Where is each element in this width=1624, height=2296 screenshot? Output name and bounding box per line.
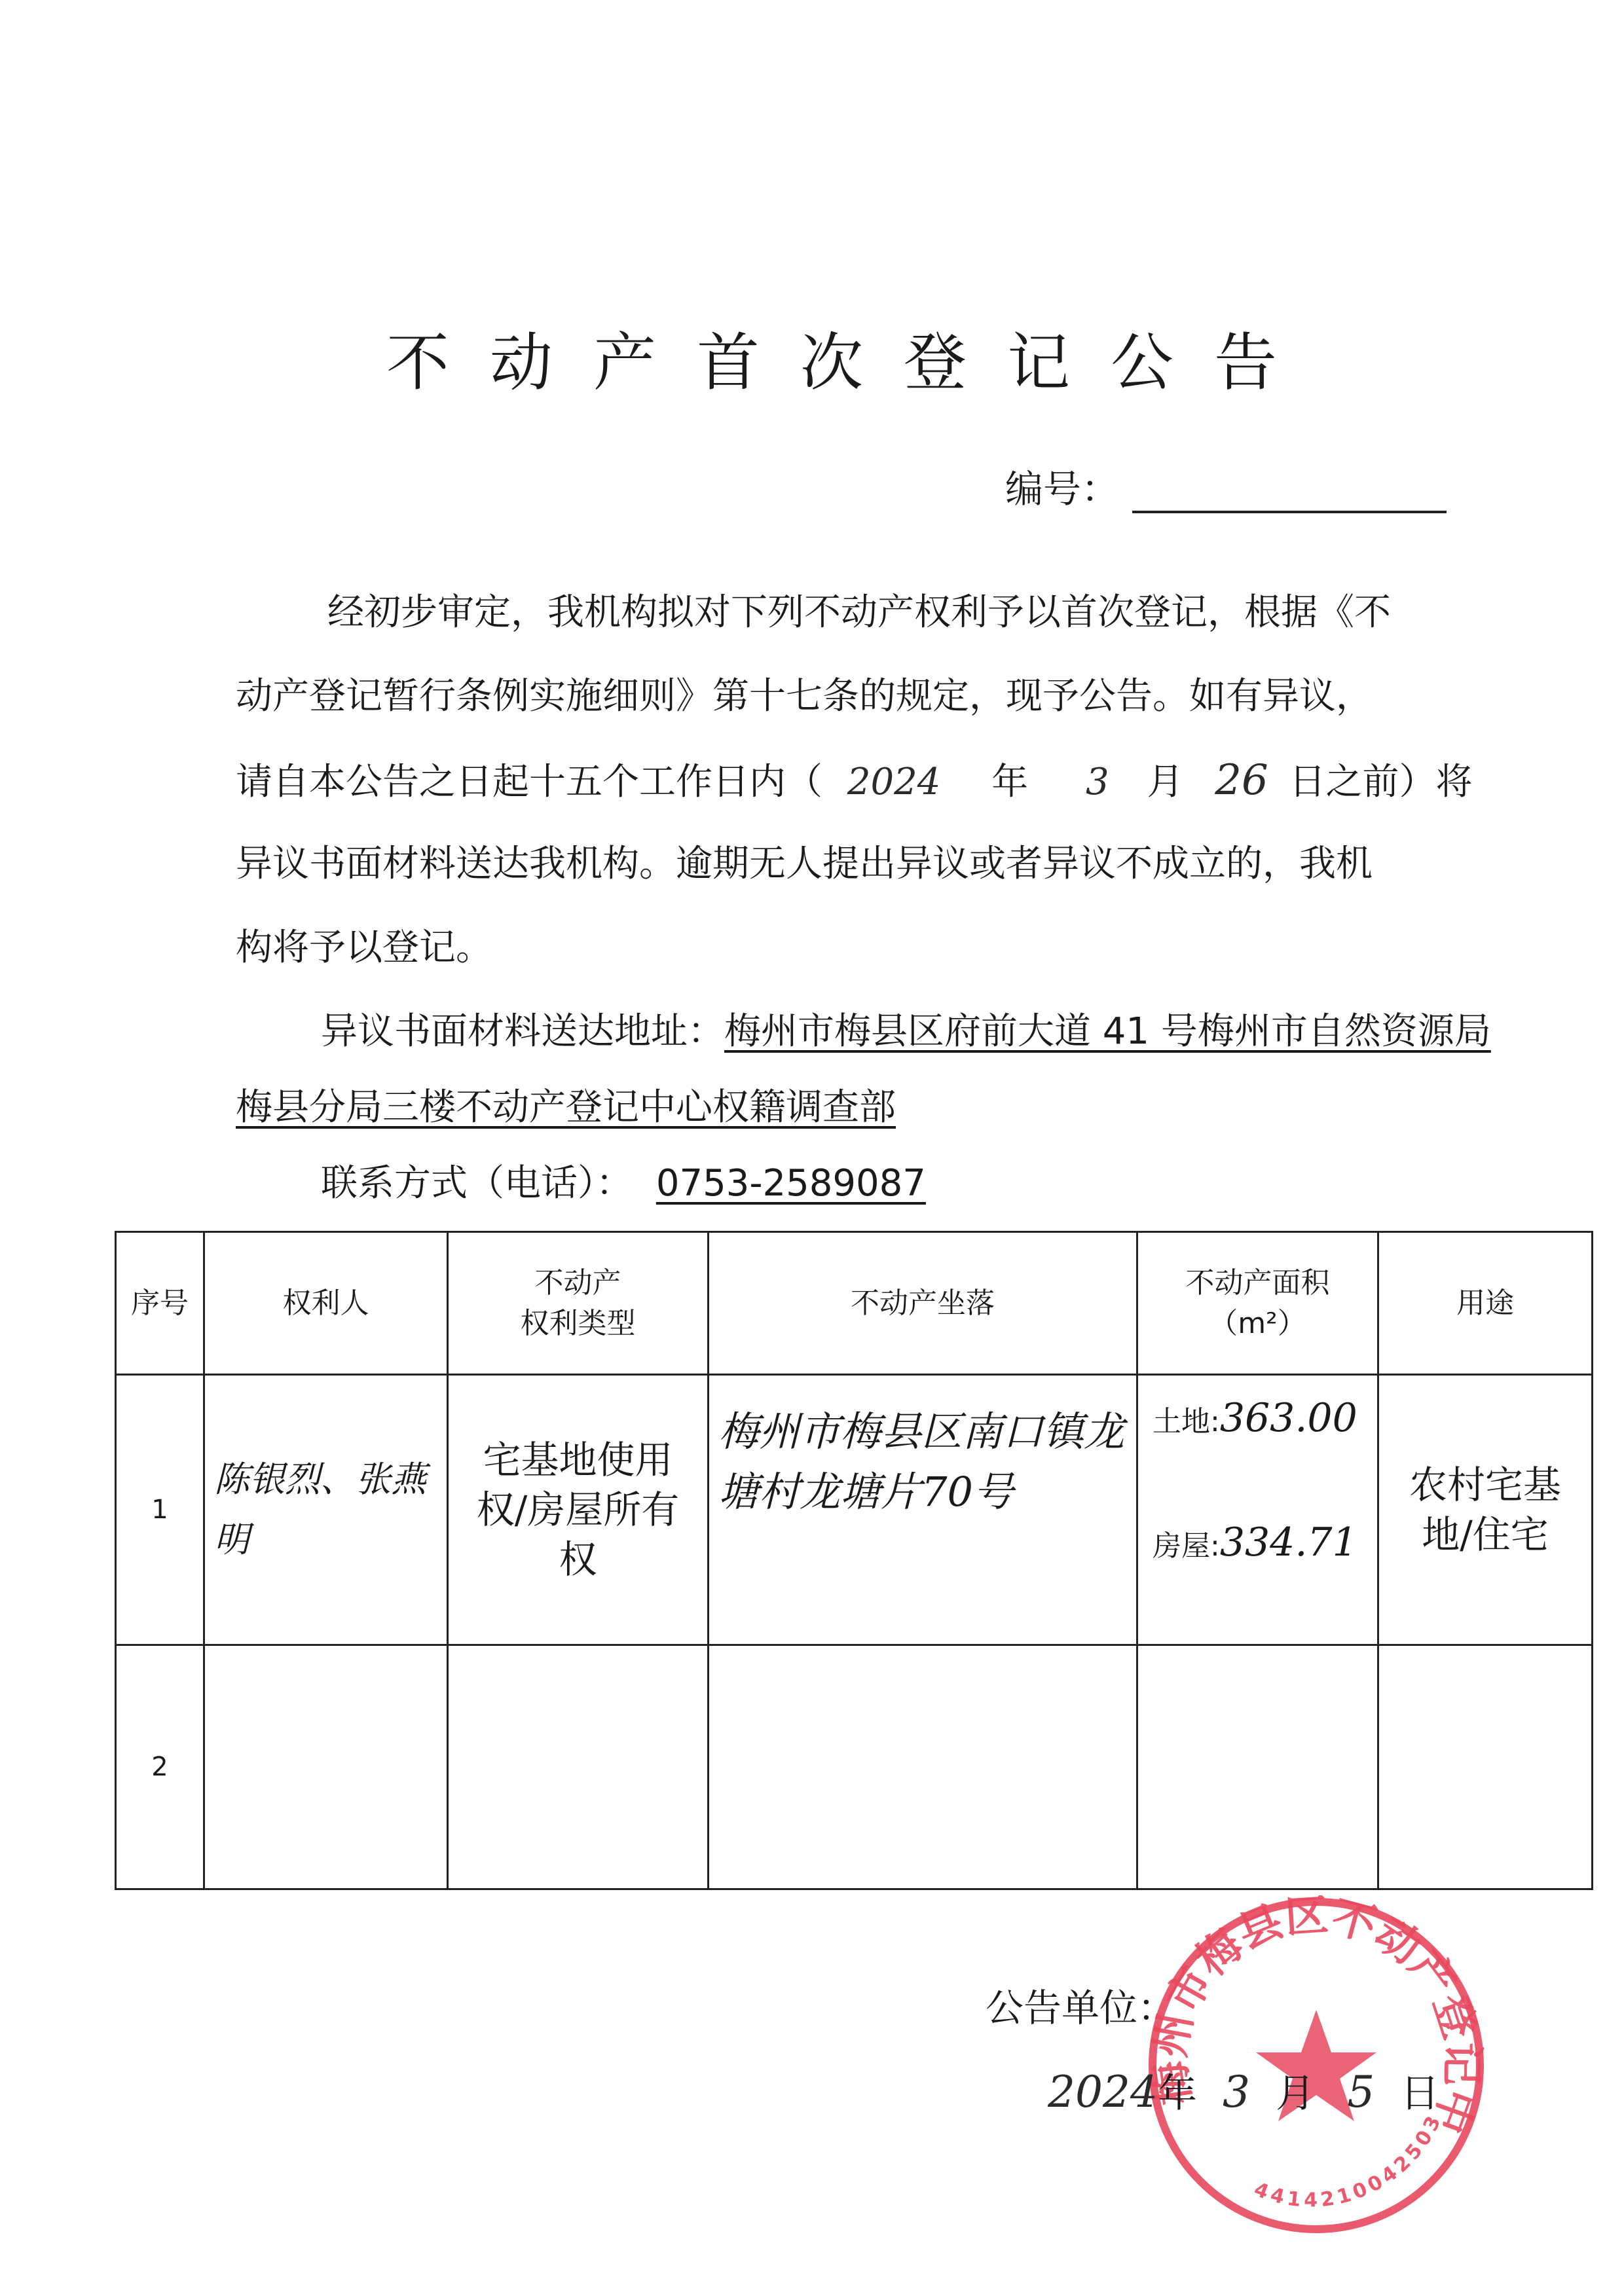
date-year-label: 年 bbox=[1158, 2071, 1197, 2117]
right-holder-cell: 陈银烈、张燕明 bbox=[204, 1375, 448, 1645]
date-year: 2024 bbox=[1048, 2067, 1158, 2117]
header-area: 不动产面积（m²） bbox=[1137, 1232, 1378, 1375]
deadline-year: 2024 bbox=[847, 761, 941, 803]
header-right-holder: 权利人 bbox=[204, 1232, 448, 1375]
usage-cell: 农村宅基地/住宅 bbox=[1378, 1375, 1593, 1645]
table-row: 2 bbox=[116, 1645, 1593, 1889]
date-day: 5 bbox=[1347, 2067, 1375, 2117]
address-label: 异议书面材料送达地址： bbox=[321, 1010, 724, 1053]
address-value-1: 梅州市梅县区府前大道 41 号梅州市自然资源局 bbox=[724, 1010, 1491, 1053]
address-value-2: 梅县分局三楼不动产登记中心权籍调查部 bbox=[236, 1086, 896, 1129]
header-location: 不动产坐落 bbox=[709, 1232, 1137, 1375]
deadline-prefix: 请自本公告之日起十五个工作日内（ bbox=[236, 761, 822, 803]
contact-phone: 0753-2589087 bbox=[656, 1162, 926, 1205]
deadline-month: 3 bbox=[1086, 761, 1109, 803]
paragraph-line-3: 请自本公告之日起十五个工作日内（ 2024 年 3 月 26 日之前）将 bbox=[236, 738, 1472, 824]
deadline-day: 26 bbox=[1215, 756, 1268, 805]
month-label: 月 bbox=[1147, 761, 1183, 803]
address-line-2: 梅县分局三楼不动产登记中心权籍调查部 bbox=[236, 1066, 896, 1150]
location-cell bbox=[709, 1645, 1137, 1889]
right-holder-cell bbox=[204, 1645, 448, 1889]
year-label: 年 bbox=[991, 761, 1028, 803]
contact-label: 联系方式（电话）： bbox=[321, 1162, 633, 1205]
date-day-label: 日 bbox=[1400, 2071, 1439, 2117]
address-line: 异议书面材料送达地址：梅州市梅县区府前大道 41 号梅州市自然资源局 bbox=[321, 990, 1491, 1074]
paragraph-line-4: 异议书面材料送达我机构。逾期无人提出异议或者异议不成立的，我机 bbox=[236, 822, 1373, 906]
date-month: 3 bbox=[1223, 2067, 1250, 2117]
house-area: 房屋:334.71 bbox=[1138, 1520, 1377, 1565]
header-index: 序号 bbox=[116, 1232, 204, 1375]
header-usage: 用途 bbox=[1378, 1232, 1593, 1375]
issue-date: 2024年 3 月 5 日 bbox=[1048, 2062, 1439, 2119]
date-month-label: 月 bbox=[1276, 2071, 1315, 2117]
paragraph-line-1: 经初步审定，我机构拟对下列不动产权利予以首次登记，根据《不 bbox=[327, 571, 1391, 655]
row-index: 2 bbox=[116, 1645, 204, 1889]
row-index: 1 bbox=[116, 1375, 204, 1645]
usage-cell bbox=[1378, 1645, 1593, 1889]
table-row: 1 陈银烈、张燕明 宅基地使用权/房屋所有权 梅州市梅县区南口镇龙塘村龙塘片70… bbox=[116, 1375, 1593, 1645]
location-cell: 梅州市梅县区南口镇龙塘村龙塘片70号 bbox=[709, 1375, 1137, 1645]
paragraph-line-5: 构将予以登记。 bbox=[236, 906, 492, 990]
paragraph-line-2: 动产登记暂行条例实施细则》第十七条的规定，现予公告。如有异议， bbox=[236, 655, 1373, 738]
announcement-body: 经初步审定，我机构拟对下列不动产权利予以首次登记，根据《不 动产登记暂行条例实施… bbox=[0, 0, 1624, 1192]
header-right-type: 不动产权利类型 bbox=[448, 1232, 709, 1375]
area-cell bbox=[1137, 1645, 1378, 1889]
table-header-row: 序号 权利人 不动产权利类型 不动产坐落 不动产面积（m²） 用途 bbox=[116, 1232, 1593, 1375]
right-type-cell: 宅基地使用权/房屋所有权 bbox=[448, 1375, 709, 1645]
land-area: 土地:363.00 bbox=[1138, 1395, 1377, 1441]
right-type-cell bbox=[448, 1645, 709, 1889]
deadline-suffix: 日之前）将 bbox=[1289, 761, 1472, 803]
property-table: 序号 权利人 不动产权利类型 不动产坐落 不动产面积（m²） 用途 1 陈银烈、… bbox=[115, 1231, 1593, 1890]
contact-line: 联系方式（电话）： 0753-2589087 bbox=[321, 1142, 926, 1226]
area-cell: 土地:363.00 房屋:334.71 bbox=[1137, 1375, 1378, 1645]
